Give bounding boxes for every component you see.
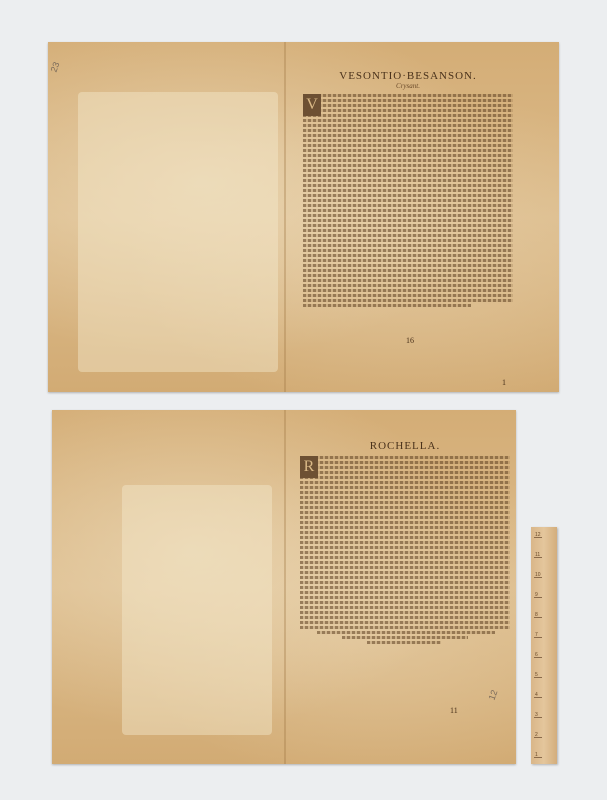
ruler-label: 10 <box>535 572 541 578</box>
page-subtitle: Crysant. <box>303 82 513 90</box>
decorated-initial: V <box>303 94 321 116</box>
ruler-label: 4 <box>535 692 538 698</box>
ruler-label: 9 <box>535 592 538 598</box>
ruler-label: 2 <box>535 732 538 738</box>
page-number: 16 <box>406 336 414 345</box>
map-sheet-rochella: ROCHELLA. R 11 12 <box>52 410 516 764</box>
fold-line <box>284 410 286 764</box>
wooden-ruler: 12 11 10 9 8 7 6 5 4 3 2 1 <box>531 527 557 764</box>
page-title: VESONTIO·BESANSON. <box>303 70 513 82</box>
page-number: 11 <box>450 706 458 715</box>
map-sheet-besanson: 23 VESONTIO·BESANSON. Crysant. V 16 1 <box>48 42 559 392</box>
show-through-map-image <box>78 92 278 372</box>
ruler-label: 5 <box>535 672 538 678</box>
page-title: ROCHELLA. <box>300 440 510 452</box>
fold-line <box>284 42 286 392</box>
ruler-label: 8 <box>535 612 538 618</box>
ruler-label: 7 <box>535 632 538 638</box>
show-through-map-image <box>122 485 272 735</box>
ruler-label: 12 <box>535 532 541 538</box>
text-block: VESONTIO·BESANSON. Crysant. V <box>303 70 513 309</box>
decorated-initial: R <box>300 456 318 478</box>
ruler-label: 6 <box>535 652 538 658</box>
body-text: R <box>300 456 510 644</box>
pencil-annotation: 23 <box>49 61 62 74</box>
ruler-label: 1 <box>535 752 538 758</box>
signature-mark: 1 <box>502 378 506 387</box>
ruler-label: 11 <box>535 552 540 558</box>
ruler-label: 3 <box>535 712 538 718</box>
body-text: V <box>303 94 513 307</box>
pencil-annotation: 12 <box>487 689 500 702</box>
text-block: ROCHELLA. R <box>300 440 510 646</box>
